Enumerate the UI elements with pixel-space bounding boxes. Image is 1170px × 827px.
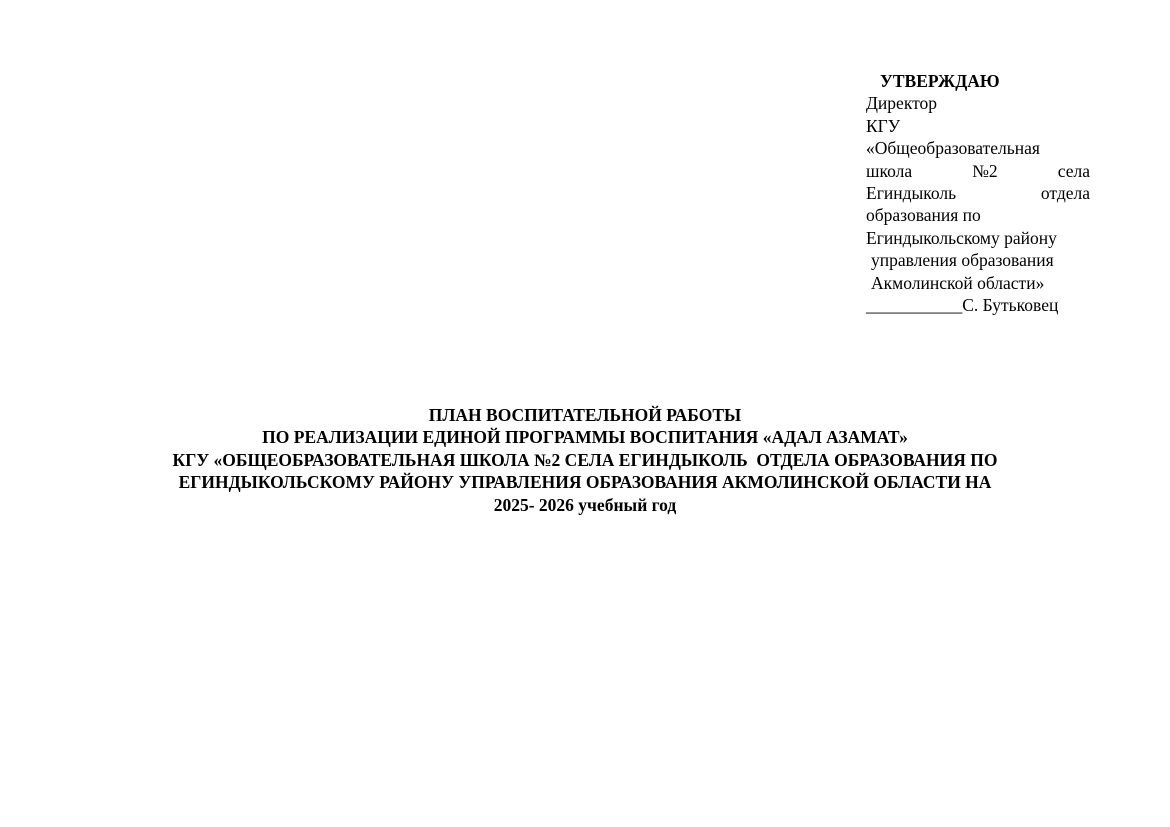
document-title: ПЛАН ВОСПИТАТЕЛЬНОЙ РАБОТЫ ПО РЕАЛИЗАЦИИ… <box>0 404 1170 516</box>
organization-word: Егиндыколь <box>866 182 956 204</box>
organization-name-line-3: Егиндыколь отдела <box>866 182 1090 204</box>
organization-word: школа <box>866 160 912 182</box>
signature-line: ___________С. Бутьковец <box>866 294 1090 316</box>
title-line-5-academic-year: 2025- 2026 учебный год <box>0 494 1170 516</box>
organization-name-line-4: образования по <box>866 204 1090 226</box>
organization-name-line-6: управления образования <box>866 249 1090 271</box>
title-line-2: ПО РЕАЛИЗАЦИИ ЕДИНОЙ ПРОГРАММЫ ВОСПИТАНИ… <box>0 426 1170 448</box>
organization-word: села <box>1058 160 1090 182</box>
organization-name-line-5: Егиндыкольскому району <box>866 227 1090 249</box>
organization-name-line-1: «Общеобразовательная <box>866 137 1090 159</box>
title-line-4: ЕГИНДЫКОЛЬСКОМУ РАЙОНУ УПРАВЛЕНИЯ ОБРАЗО… <box>0 471 1170 493</box>
title-line-1: ПЛАН ВОСПИТАТЕЛЬНОЙ РАБОТЫ <box>0 404 1170 426</box>
signatory-name: С. Бутьковец <box>962 295 1058 315</box>
approval-heading: УТВЕРЖДАЮ <box>866 70 1090 92</box>
title-line-3: КГУ «ОБЩЕОБРАЗОВАТЕЛЬНАЯ ШКОЛА №2 СЕЛА Е… <box>0 449 1170 471</box>
approver-position: Директор <box>866 92 1090 114</box>
organization-word: отдела <box>1041 182 1090 204</box>
organization-word: №2 <box>972 160 997 182</box>
approval-block: УТВЕРЖДАЮ Директор КГУ «Общеобразователь… <box>866 70 1090 316</box>
organization-abbreviation: КГУ <box>866 115 1090 137</box>
organization-name-line-7: Акмолинской области» <box>866 272 1090 294</box>
organization-name-line-2: школа №2 села <box>866 160 1090 182</box>
signature-blank: ___________ <box>866 295 962 315</box>
